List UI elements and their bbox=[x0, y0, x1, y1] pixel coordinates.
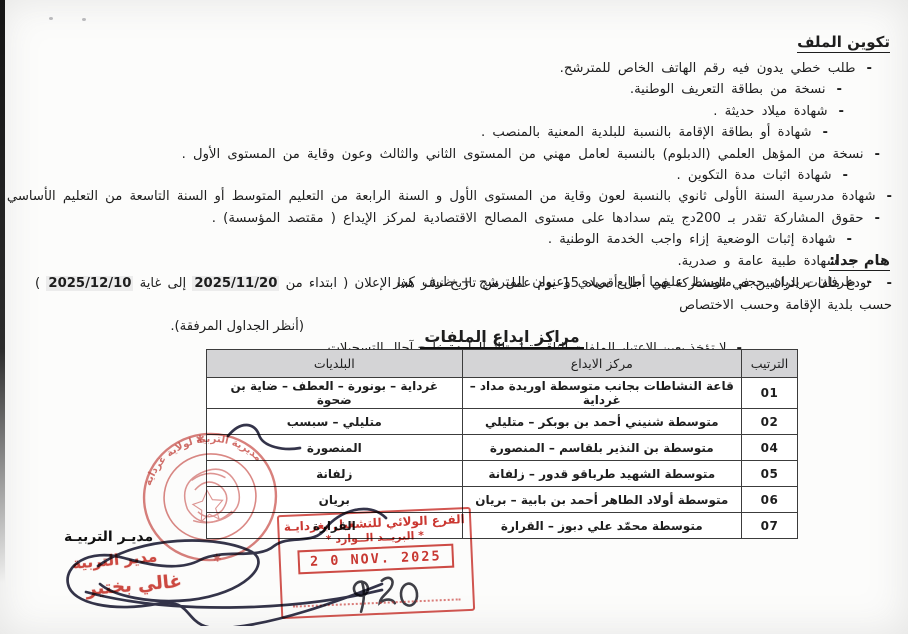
file-requirement-item: نسخة من بطاقة التعريف الوطنية. bbox=[14, 79, 892, 100]
deadline-text-part1: تودع ملفات الراغبين في المشاركة في أجل أ… bbox=[279, 276, 870, 291]
table-title: مراكز ايداع الملفات bbox=[206, 327, 798, 346]
column-header-municipalities: البلديات bbox=[207, 350, 463, 378]
deposit-center-cell: متوسطة الشهيد طرباقو قدور – زلفانة bbox=[462, 461, 741, 487]
deadline-text-part2: إلى غاية bbox=[133, 276, 192, 291]
scanned-document-page: تكوين الملف طلب خطي يدون فيه رقم الهاتف … bbox=[0, 0, 908, 634]
column-header-center: مركز الايداع bbox=[462, 350, 741, 378]
file-requirement-item: شهادة إثبات الوضعية إزاء واجب الخدمة الو… bbox=[14, 229, 892, 250]
deposit-center-cell: متوسطة محمّد علي دبوز – القرارة bbox=[462, 513, 741, 539]
rank: 06 bbox=[742, 487, 798, 513]
start-date: 2025/11/20 bbox=[192, 276, 279, 291]
table-header-row: الترتيب مركز الايداع البلديات bbox=[207, 350, 798, 378]
rank: 02 bbox=[742, 409, 798, 435]
rank: 05 bbox=[742, 461, 798, 487]
rank: 07 bbox=[742, 513, 798, 539]
paper-speck bbox=[49, 17, 53, 20]
file-requirement-item: نسخة من المؤهل العلمي (الدبلوم) بالنسبة … bbox=[14, 144, 892, 165]
file-requirement-item: شهادة مدرسية السنة الأولى ثانوي بالنسبة … bbox=[14, 186, 892, 207]
deposit-center-cell: متوسطة بن النذير بلقاسم – المنصورة bbox=[462, 435, 741, 461]
column-header-rank: الترتيب bbox=[742, 350, 798, 378]
photo-edge-artifact bbox=[0, 0, 5, 634]
date-received-stamp: 2 0 NOV. 2025 bbox=[298, 544, 455, 575]
municipalities-cell: غرداية – بونورة – العطف – ضاية بن ضحوة bbox=[207, 378, 463, 409]
handwritten-registration-number bbox=[333, 569, 421, 619]
table-row: 01قاعة النشاطات بجانب متوسطة اوريدة مداد… bbox=[207, 378, 798, 409]
incoming-mail-stamp: الفرع الولائي للتشغيل بغردايـة * البريــ… bbox=[277, 507, 475, 619]
deposit-center-cell: قاعة النشاطات بجانب متوسطة اوريدة مداد –… bbox=[462, 378, 741, 409]
file-requirement-item: شهادة اثبات مدة التكوين . bbox=[14, 165, 892, 186]
deposit-center-cell: متوسطة أولاد الطاهر أحمد بن بابية – بريا… bbox=[462, 487, 741, 513]
section-title-file-composition: تكوين الملف bbox=[797, 33, 890, 53]
section-title-important: هام جدا: bbox=[829, 253, 890, 271]
rank: 04 bbox=[742, 435, 798, 461]
file-requirement-item: حقوق المشاركة تقدر بـ 200دج يتم سدادها ع… bbox=[14, 208, 892, 229]
file-requirement-item: شهادة ميلاد حديثة . bbox=[14, 101, 892, 122]
rank: 01 bbox=[742, 378, 798, 409]
deposit-center-cell: متوسطة شنيني أحمد بن بوبكر – متليلي bbox=[462, 409, 741, 435]
table-title-text: مراكز ايداع الملفات bbox=[420, 327, 583, 349]
file-requirement-item: شهادة أو بطاقة الإقامة بالنسبة للبلدية ا… bbox=[14, 122, 892, 143]
important-item-deadline: تودع ملفات الراغبين في المشاركة في أجل أ… bbox=[14, 273, 892, 316]
end-date: 2025/12/10 bbox=[46, 276, 133, 291]
file-requirement-item: طلب خطي يدون فيه رقم الهاتف الخاص للمترش… bbox=[14, 58, 892, 79]
director-of-education-printed-title: مديـر التربيـة bbox=[64, 529, 153, 545]
paper-speck bbox=[82, 18, 86, 21]
